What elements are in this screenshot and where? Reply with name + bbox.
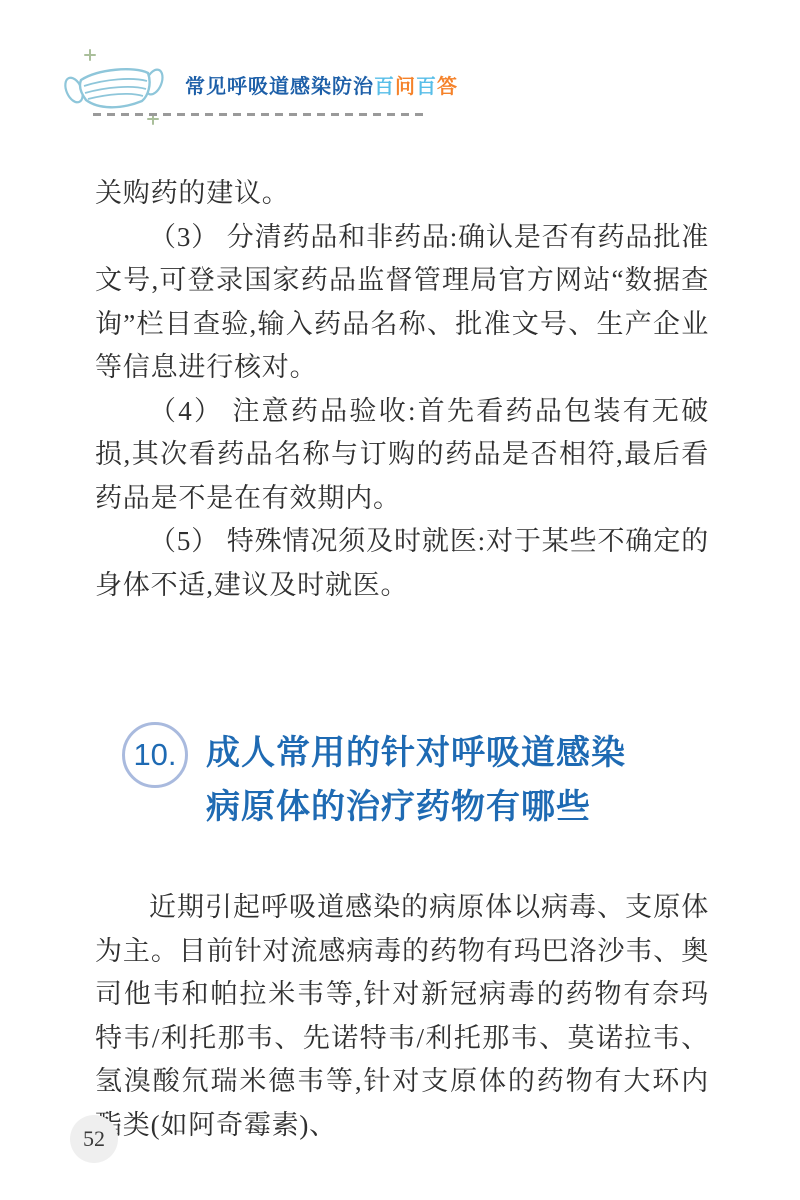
section-body-paragraph: 近期引起呼吸道感染的病原体以病毒、支原体为主。目前针对流感病毒的药物有玛巴洛沙韦… bbox=[95, 886, 709, 1147]
book-title-accent-char: 百 bbox=[374, 76, 395, 98]
page-header: 常见呼吸道感染防治百问百答 bbox=[58, 42, 618, 137]
para-item-4: （4） 注意药品验收:首先看药品包装有无破损,其次看药品名称与订购的药品是否相符… bbox=[95, 390, 709, 521]
book-title-accent-char: 答 bbox=[437, 76, 458, 98]
section-title-line1: 成人常用的针对呼吸道感染 bbox=[206, 726, 626, 780]
section-title: 成人常用的针对呼吸道感染 病原体的治疗药物有哪些 bbox=[206, 718, 626, 834]
face-mask-icon bbox=[58, 42, 170, 134]
book-title-accent-char: 问 bbox=[395, 76, 416, 98]
page-number-badge: 52 bbox=[70, 1115, 118, 1163]
section-body-block: 近期引起呼吸道感染的病原体以病毒、支原体为主。目前针对流感病毒的药物有玛巴洛沙韦… bbox=[95, 886, 709, 1147]
book-title-main: 常见呼吸道感染防治 bbox=[185, 76, 374, 98]
sparkle-icon bbox=[85, 50, 95, 60]
para-continued: 关购药的建议。 bbox=[95, 172, 709, 216]
book-title-accent-char: 百 bbox=[416, 76, 437, 98]
body-text-block: 关购药的建议。 （3） 分清药品和非药品:确认是否有药品批准文号,可登录国家药品… bbox=[95, 172, 709, 607]
section-number-badge: 10. bbox=[122, 722, 188, 788]
para-item-5: （5） 特殊情况须及时就医:对于某些不确定的身体不适,建议及时就医。 bbox=[95, 520, 709, 607]
dashed-divider bbox=[93, 113, 429, 116]
para-item-3: （3） 分清药品和非药品:确认是否有药品批准文号,可登录国家药品监督管理局官方网… bbox=[95, 216, 709, 390]
section-heading: 10. 成人常用的针对呼吸道感染 病原体的治疗药物有哪些 bbox=[122, 718, 626, 834]
section-title-line2: 病原体的治疗药物有哪些 bbox=[206, 780, 626, 834]
book-title: 常见呼吸道感染防治百问百答 bbox=[185, 70, 458, 99]
book-page: 常见呼吸道感染防治百问百答 关购药的建议。 （3） 分清药品和非药品:确认是否有… bbox=[0, 0, 800, 1200]
